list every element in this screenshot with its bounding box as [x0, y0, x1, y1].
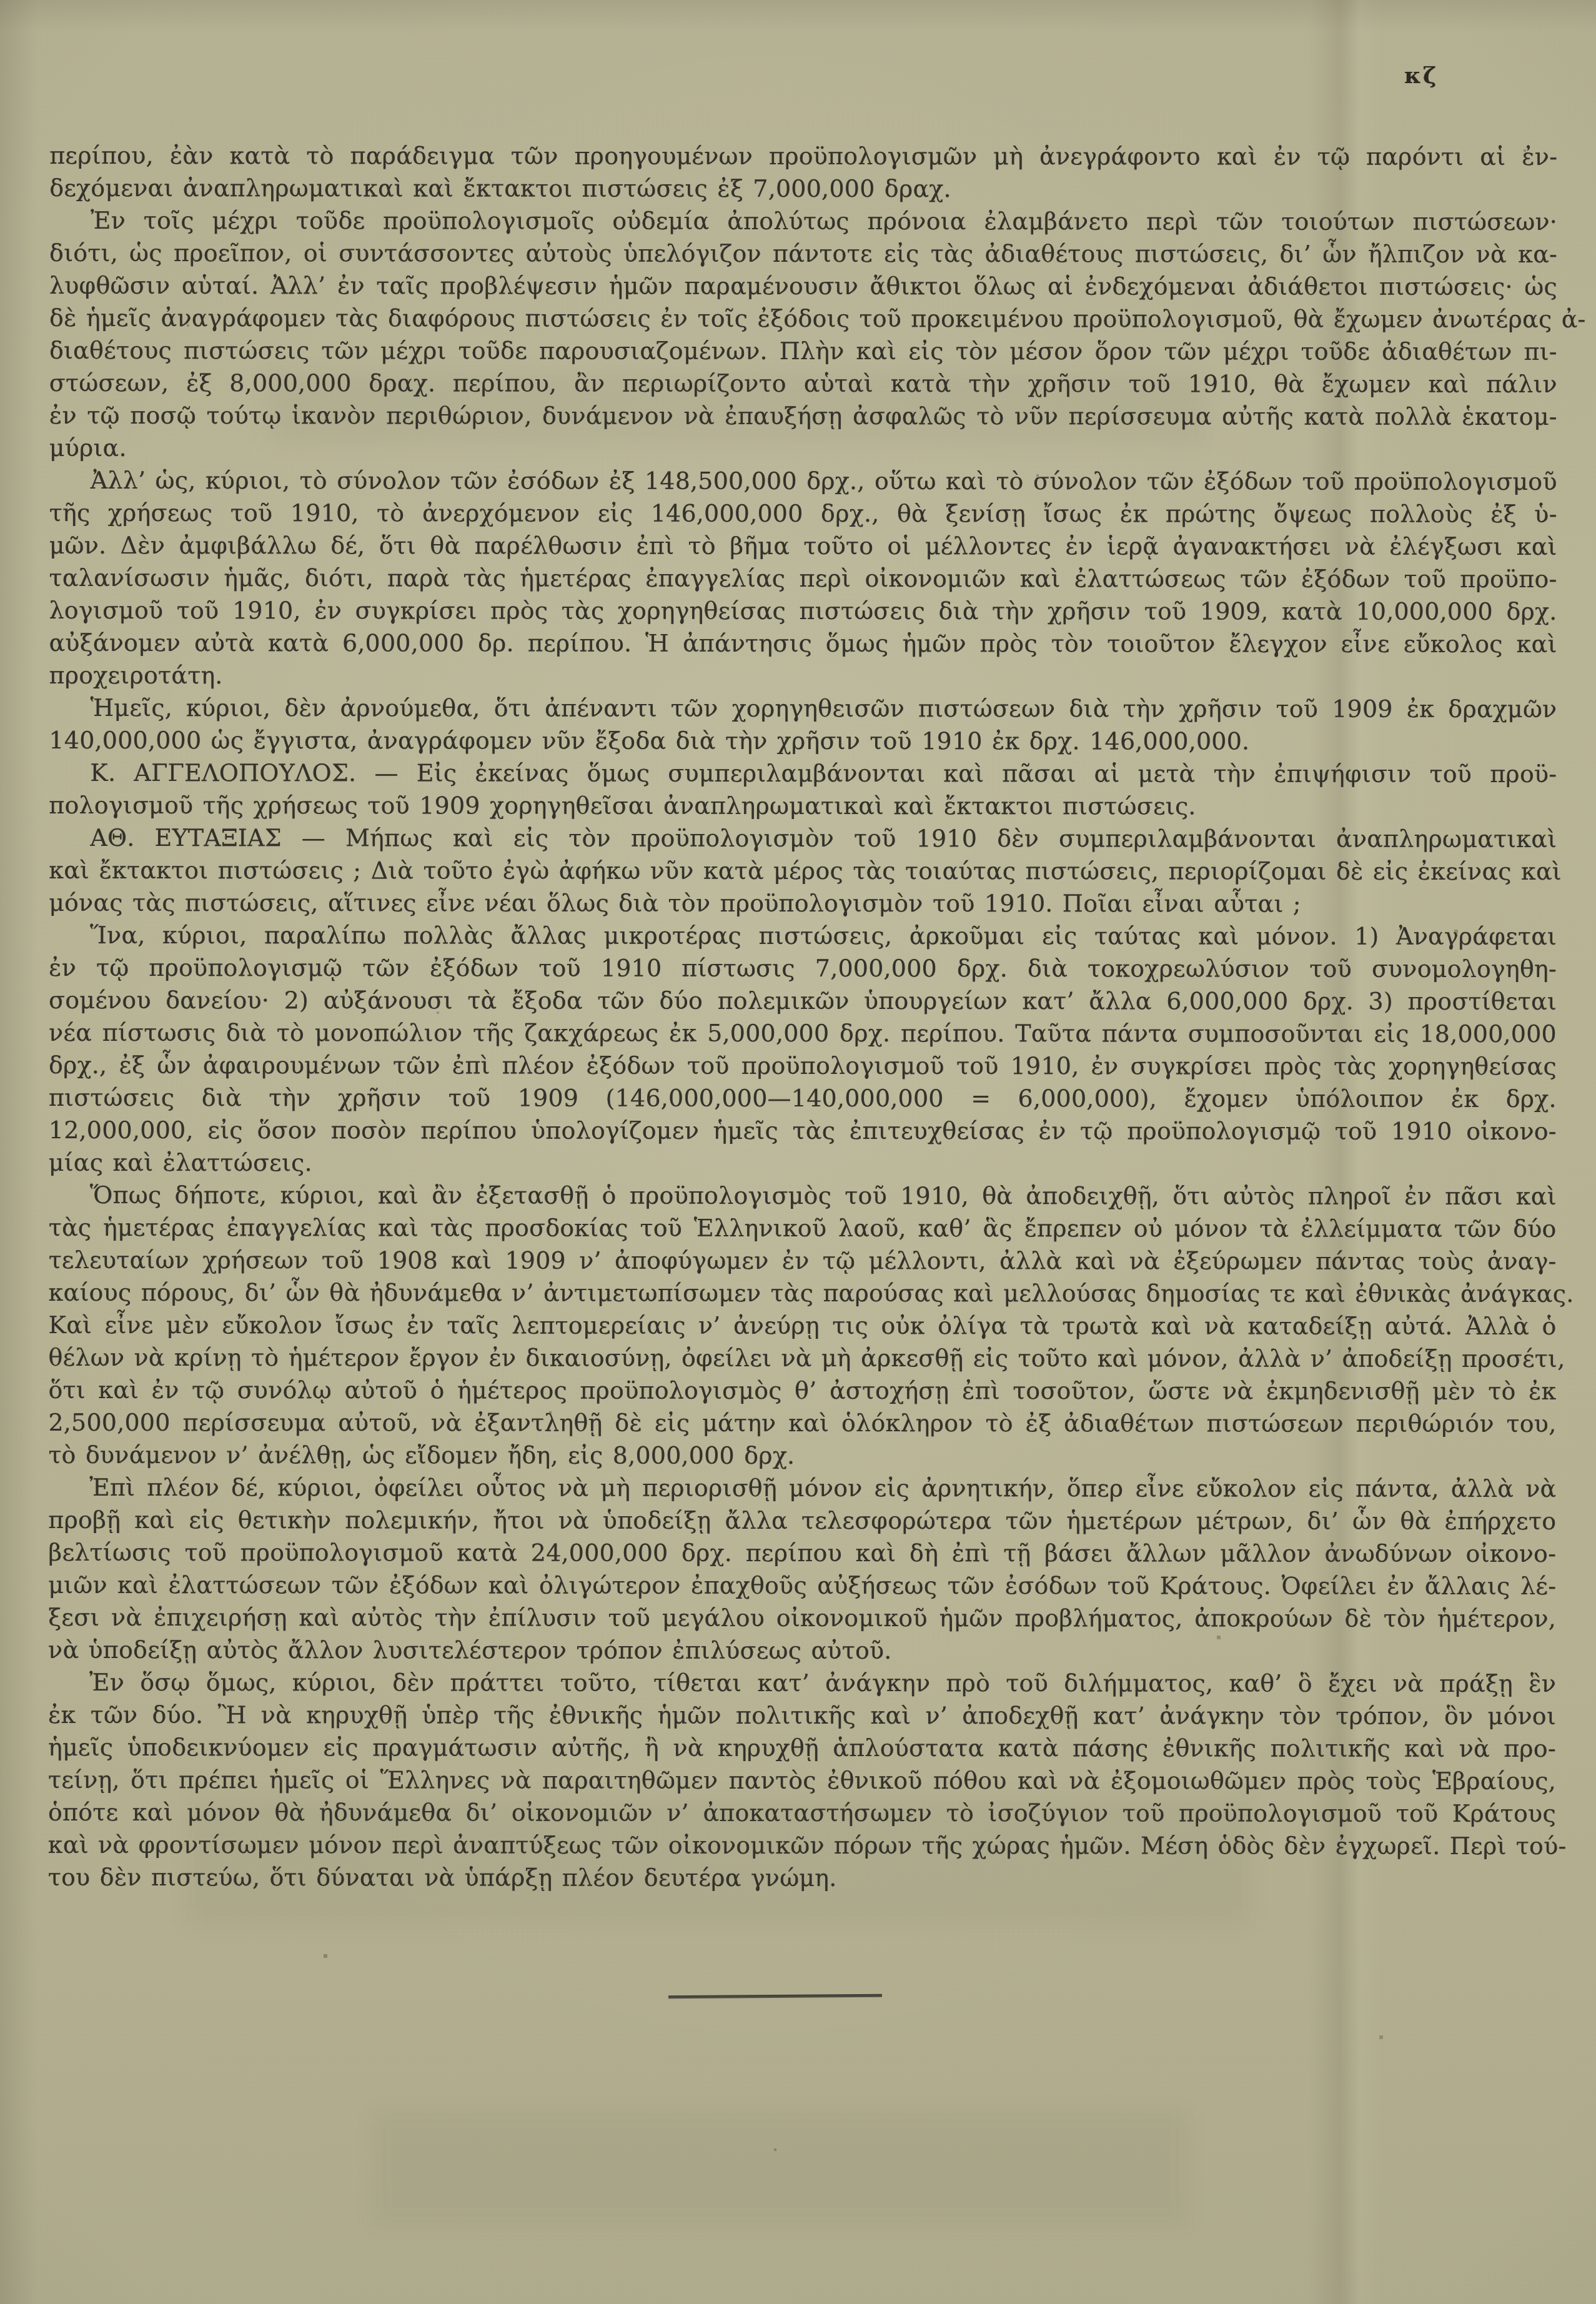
text-line: τῆς χρήσεως τοῦ 1910, τὸ ἀνερχόμενον εἰς…: [49, 497, 1557, 530]
text-line: ΑΘ. ΕΥΤΑΞΙΑΣ — Μήπως καὶ εἰς τὸν προϋπολ…: [49, 822, 1557, 855]
text-line: καίους πόρους, δι’ ὧν θὰ ἠδυνάμεθα ν’ ἀν…: [49, 1276, 1557, 1310]
page-edge-shadow-top: [0, 0, 1596, 31]
text-line: λογισμοῦ τοῦ 1910, ἐν συγκρίσει πρὸς τὰς…: [49, 594, 1557, 628]
text-line: Κ. ΑΓΓΕΛΟΠΟΥΛΟΣ. — Εἰς ἐκείνας ὅμως συμπ…: [49, 757, 1557, 790]
text-line: θέλων νὰ κρίνῃ τὸ ἡμέτερον ἔργον ἐν δικα…: [49, 1341, 1557, 1375]
text-line: πολογισμοῦ τῆς χρήσεως τοῦ 1909 χορηγηθε…: [49, 789, 1557, 823]
text-line: μόνας τὰς πιστώσεις, αἵτινες εἶνε νέαι ὅ…: [49, 886, 1557, 920]
text-line: ἡμεῖς ὑποδεικνύομεν εἰς πραγμάτωσιν αὐτῆ…: [48, 1731, 1556, 1765]
text-line: ὅτι καὶ ἐν τῷ συνόλῳ αὐτοῦ ὁ ἡμέτερος πρ…: [48, 1374, 1556, 1408]
text-line: μύρια.: [49, 432, 1557, 465]
text-line: 12,000,000, εἰς ὅσον ποσὸν περίπου ὑπολο…: [49, 1114, 1557, 1148]
text-line: Ἐπὶ πλέον δέ, κύριοι, ὀφείλει οὗτος νὰ μ…: [48, 1471, 1556, 1505]
text-line: Ἡμεῖς, κύριοι, δὲν ἀρνούμεθα, ὅτι ἀπέναν…: [49, 692, 1557, 725]
text-line: σομένου δανείου· 2) αὐξάνουσι τὰ ἔξοδα τ…: [49, 984, 1557, 1018]
text-line: Ὅπως δήποτε, κύριοι, καὶ ἂν ἐξετασθῇ ὁ π…: [49, 1179, 1557, 1213]
text-line: περίπου, ἐὰν κατὰ τὸ παράδειγμα τῶν προη…: [49, 139, 1557, 173]
text-line: διότι, ὡς προεῖπον, οἱ συντάσσοντες αὐτο…: [49, 237, 1557, 271]
page-edge-shadow-left: [0, 0, 37, 2304]
text-line: αὐξάνομεν αὐτὰ κατὰ 6,000,000 δρ. περίπο…: [49, 627, 1557, 660]
text-line: καὶ ἔκτακτοι πιστώσεις ; Διὰ τοῦτο ἐγὼ ἀ…: [49, 854, 1557, 888]
text-line: λυφθῶσιν αὑταί. Ἀλλ’ ἐν ταῖς προβλέψεσιν…: [49, 269, 1557, 303]
text-line: δὲ ἡμεῖς ἀναγράφομεν τὰς διαφόρους πιστώ…: [49, 302, 1557, 335]
text-line: τείνῃ, ὅτι πρέπει ἡμεῖς οἱ Ἕλληνες νὰ πα…: [48, 1764, 1556, 1797]
text-line: του δὲν πιστεύω, ὅτι δύναται νὰ ὑπάρξῃ π…: [48, 1861, 1556, 1895]
text-line: Καὶ εἶνε μὲν εὔκολον ἴσως ἐν ταῖς λεπτομ…: [49, 1309, 1557, 1343]
text-line: μίας καὶ ἐλαττώσεις.: [49, 1146, 1557, 1180]
text-line: τελευταίων χρήσεων τοῦ 1908 καὶ 1909 ν’ …: [49, 1244, 1557, 1278]
text-line: ὁπότε καὶ μόνον θὰ ἠδυνάμεθα δι’ οἰκονομ…: [48, 1796, 1556, 1830]
text-line: ἐν τῷ προϋπολογισμῷ τῶν ἐξόδων τοῦ 1910 …: [49, 951, 1557, 985]
section-divider-rule: [668, 1994, 882, 1999]
text-line: ἐκ τῶν δύο. Ἢ νὰ κηρυχθῇ ὑπὲρ τῆς ἐθνικῆ…: [48, 1699, 1556, 1732]
text-line: νέα πίστωσις διὰ τὸ μονοπώλιον τῆς ζακχά…: [49, 1016, 1557, 1050]
text-line: τὰς ἡμετέρας ἐπαγγελίας καὶ τὰς προσδοκί…: [49, 1211, 1557, 1245]
text-line: τὸ δυνάμενον ν’ ἀνέλθῃ, ὡς εἴδομεν ἤδη, …: [48, 1439, 1556, 1472]
text-line: νὰ ὑποδείξῃ αὐτὸς ἄλλον λυσιτελέστερον τ…: [48, 1634, 1556, 1667]
paper-speckles: [0, 0, 1, 1]
text-line: Ἐν ὅσῳ ὅμως, κύριοι, δὲν πράττει τοῦτο, …: [48, 1666, 1556, 1700]
text-line: Ἐν τοῖς μέχρι τοῦδε προϋπολογισμοῖς οὐδε…: [49, 204, 1557, 238]
text-line: Ἀλλ’ ὡς, κύριοι, τὸ σύνολον τῶν ἐσόδων ἐ…: [49, 464, 1557, 498]
text-line: 2,500,000 περίσσευμα αὐτοῦ, νὰ ἐξαντληθῇ…: [48, 1406, 1556, 1440]
text-line: καὶ νὰ φροντίσωμεν μόνον περὶ ἀναπτύξεως…: [48, 1829, 1556, 1862]
text-line: προχειροτάτη.: [49, 659, 1557, 693]
text-line: πιστώσεις διὰ τὴν χρῆσιν τοῦ 1909 (146,0…: [49, 1081, 1557, 1115]
text-line: μιῶν καὶ ἐλαττώσεων τῶν ἐξόδων καὶ ὀλιγώ…: [48, 1569, 1556, 1602]
text-line: ἐν τῷ ποσῷ τούτῳ ἱκανὸν περιθώριον, δυνά…: [49, 399, 1557, 433]
text-line: βελτίωσις τοῦ προϋπολογισμοῦ κατὰ 24,000…: [48, 1536, 1556, 1570]
page-number: κζ: [1404, 62, 1438, 89]
text-line: ταλανίσωσιν ἡμᾶς, διότι, παρὰ τὰς ἡμετέρ…: [49, 562, 1557, 595]
body-text-block: περίπου, ἐὰν κατὰ τὸ παράδειγμα τῶν προη…: [48, 139, 1557, 1895]
text-line: μῶν. Δὲν ἀμφιβάλλω δέ, ὅτι θὰ παρέλθωσιν…: [49, 529, 1557, 563]
text-line: 140,000,000 ὡς ἔγγιστα, ἀναγράφομεν νῦν …: [49, 724, 1557, 758]
text-line: προβῇ καὶ εἰς θετικὴν πολεμικήν, ἤτοι νὰ…: [48, 1504, 1556, 1537]
text-line: δρχ., ἐξ ὧν ἀφαιρουμένων τῶν ἐπὶ πλέον ἐ…: [49, 1049, 1557, 1083]
text-line: δεχόμεναι ἀναπληρωματικαὶ καὶ ἔκτακτοι π…: [49, 172, 1557, 206]
scanned-document-page: κζ περίπου, ἐὰν κατὰ τὸ παράδειγμα τῶν π…: [0, 0, 1596, 2304]
text-line: ξεσι νὰ ἐπιχειρήσῃ καὶ αὐτὸς τὴν ἐπίλυσι…: [48, 1601, 1556, 1635]
text-line: στώσεων, ἐξ 8,000,000 δραχ. περίπου, ἂν …: [49, 367, 1557, 400]
text-line: διαθέτους πιστώσεις τῶν μέχρι τοῦδε παρο…: [49, 334, 1557, 368]
text-line: Ἵνα, κύριοι, παραλίπω πολλὰς ἄλλας μικρο…: [49, 919, 1557, 953]
show-through-smudge: [375, 2112, 1187, 2224]
